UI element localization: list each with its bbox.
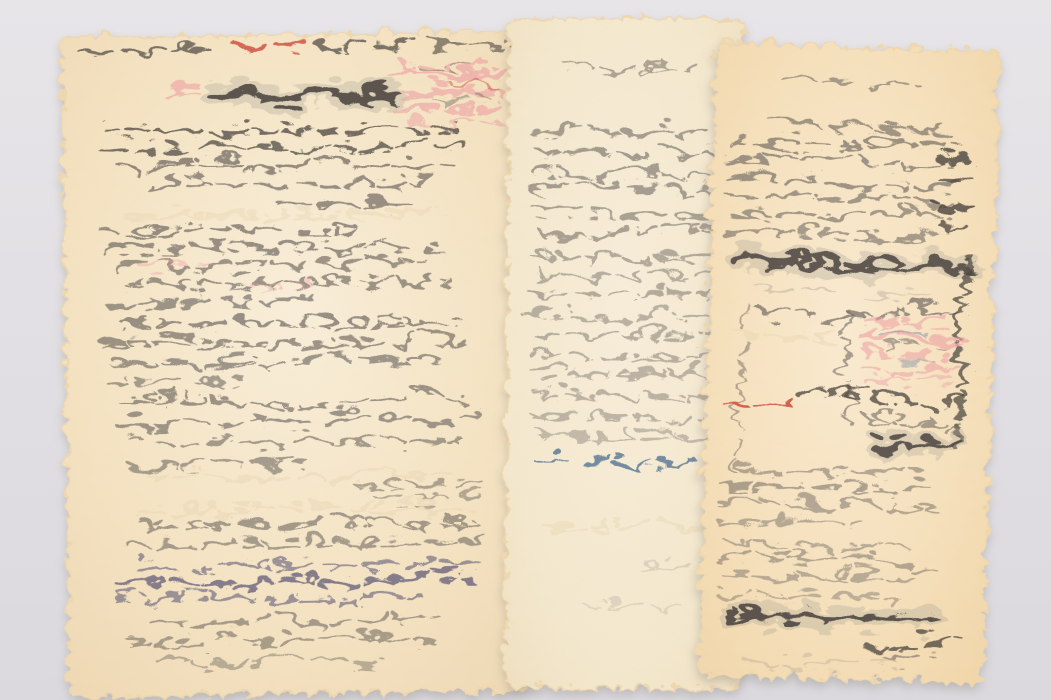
sheet-left (58, 27, 524, 693)
documents-photo (0, 0, 1051, 700)
ink-stroke (931, 148, 961, 153)
paper-left (58, 27, 524, 693)
document-sheets (58, 13, 996, 692)
sheet-right (694, 38, 996, 678)
photo-of-documents (0, 0, 1051, 700)
